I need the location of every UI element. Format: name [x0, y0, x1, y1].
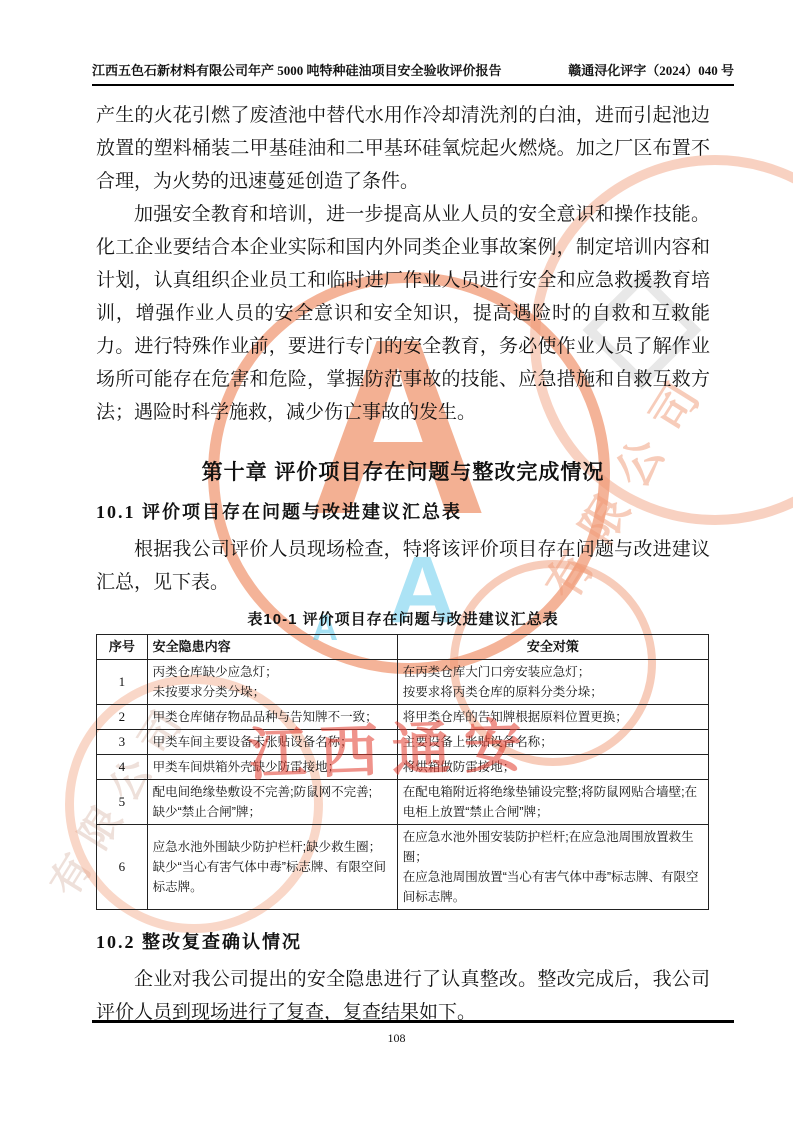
- row-number: 6: [97, 825, 148, 910]
- table-row: 3 甲类车间主要设备未张贴设备名称； 主要设备上张贴设备名称；: [97, 730, 709, 755]
- section-title-10-1: 10.1 评价项目存在问题与改进建议汇总表: [96, 498, 710, 524]
- row-issue: 配电间绝缘垫敷设不完善;防鼠网不完善; 缺少“禁止合闸”牌；: [147, 780, 397, 825]
- paragraph-safety-training: 加强安全教育和培训，进一步提高从业人员的安全意识和操作技能。化工企业要结合本企业…: [96, 198, 710, 429]
- page-header: 江西五色石新材料有限公司年产 5000 吨特种硅油项目安全验收评价报告 赣通浔化…: [92, 60, 734, 86]
- row-issue: 甲类车间主要设备未张贴设备名称；: [147, 730, 397, 755]
- table-row: 2 甲类仓库储存物品品种与告知牌不一致； 将甲类仓库的告知牌根据原料位置更换；: [97, 705, 709, 730]
- paragraph-table-intro: 根据我公司评价人员现场检查，特将该评价项目存在问题与改进建议汇总，见下表。: [96, 533, 710, 599]
- header-report-title: 江西五色石新材料有限公司年产 5000 吨特种硅油项目安全验收评价报告: [92, 60, 502, 79]
- row-measure: 将烘箱做防雷接地；: [397, 755, 708, 780]
- header-doc-number: 赣通浔化评字（2024）040 号: [568, 60, 734, 79]
- row-measure: 主要设备上张贴设备名称；: [397, 730, 708, 755]
- row-number: 1: [97, 660, 148, 705]
- row-measure: 在应急水池外围安装防护栏杆;在应急池周围放置救生圈； 在应急池周围放置“当心有害…: [397, 825, 708, 910]
- page-content: 产生的火花引燃了废渣池中替代水用作冷却清洗剂的白油，进而引起池边放置的塑料桶装二…: [96, 99, 710, 1029]
- row-issue: 应急水池外围缺少防护栏杆;缺少救生圈； 缺少“当心有害气体中毒”标志牌、有限空间…: [147, 825, 397, 910]
- paragraph-fire-cause: 产生的火花引燃了废渣池中替代水用作冷却清洗剂的白油，进而引起池边放置的塑料桶装二…: [96, 99, 710, 198]
- footer-rule: [92, 1020, 734, 1023]
- row-measure: 在配电箱附近将绝缘垫铺设完整;将防鼠网贴合墙壁;在电柜上放置“禁止合闸”牌；: [397, 780, 708, 825]
- section-title-10-2: 10.2 整改复查确认情况: [96, 928, 710, 954]
- page-number: 108: [0, 1031, 793, 1046]
- table-header-row: 序号 安全隐患内容 安全对策: [97, 635, 709, 660]
- column-header-no: 序号: [97, 635, 148, 660]
- row-issue: 丙类仓库缺少应急灯； 未按要求分类分垛；: [147, 660, 397, 705]
- table-row: 1 丙类仓库缺少应急灯； 未按要求分类分垛； 在丙类仓库大门口旁安装应急灯； 按…: [97, 660, 709, 705]
- document-page: A 有限公司 有限公司 A A 江西五色石新材料有限公司年产 5000 吨特种硅…: [0, 0, 793, 1122]
- row-number: 5: [97, 780, 148, 825]
- issues-summary-table: 序号 安全隐患内容 安全对策 1 丙类仓库缺少应急灯； 未按要求分类分垛； 在丙…: [96, 634, 709, 910]
- table-row: 4 甲类车间烘箱外壳缺少防雷接地； 将烘箱做防雷接地；: [97, 755, 709, 780]
- row-number: 4: [97, 755, 148, 780]
- table-row: 6 应急水池外围缺少防护栏杆;缺少救生圈； 缺少“当心有害气体中毒”标志牌、有限…: [97, 825, 709, 910]
- table-row: 5 配电间绝缘垫敷设不完善;防鼠网不完善; 缺少“禁止合闸”牌； 在配电箱附近将…: [97, 780, 709, 825]
- row-issue: 甲类仓库储存物品品种与告知牌不一致；: [147, 705, 397, 730]
- row-number: 2: [97, 705, 148, 730]
- chapter-title: 第十章 评价项目存在问题与整改完成情况: [96, 456, 710, 486]
- row-number: 3: [97, 730, 148, 755]
- row-measure: 将甲类仓库的告知牌根据原料位置更换；: [397, 705, 708, 730]
- row-issue: 甲类车间烘箱外壳缺少防雷接地；: [147, 755, 397, 780]
- column-header-measure: 安全对策: [397, 635, 708, 660]
- table-caption: 表10-1 评价项目存在问题与改进建议汇总表: [96, 608, 710, 629]
- column-header-issue: 安全隐患内容: [147, 635, 397, 660]
- row-measure: 在丙类仓库大门口旁安装应急灯； 按要求将丙类仓库的原料分类分垛；: [397, 660, 708, 705]
